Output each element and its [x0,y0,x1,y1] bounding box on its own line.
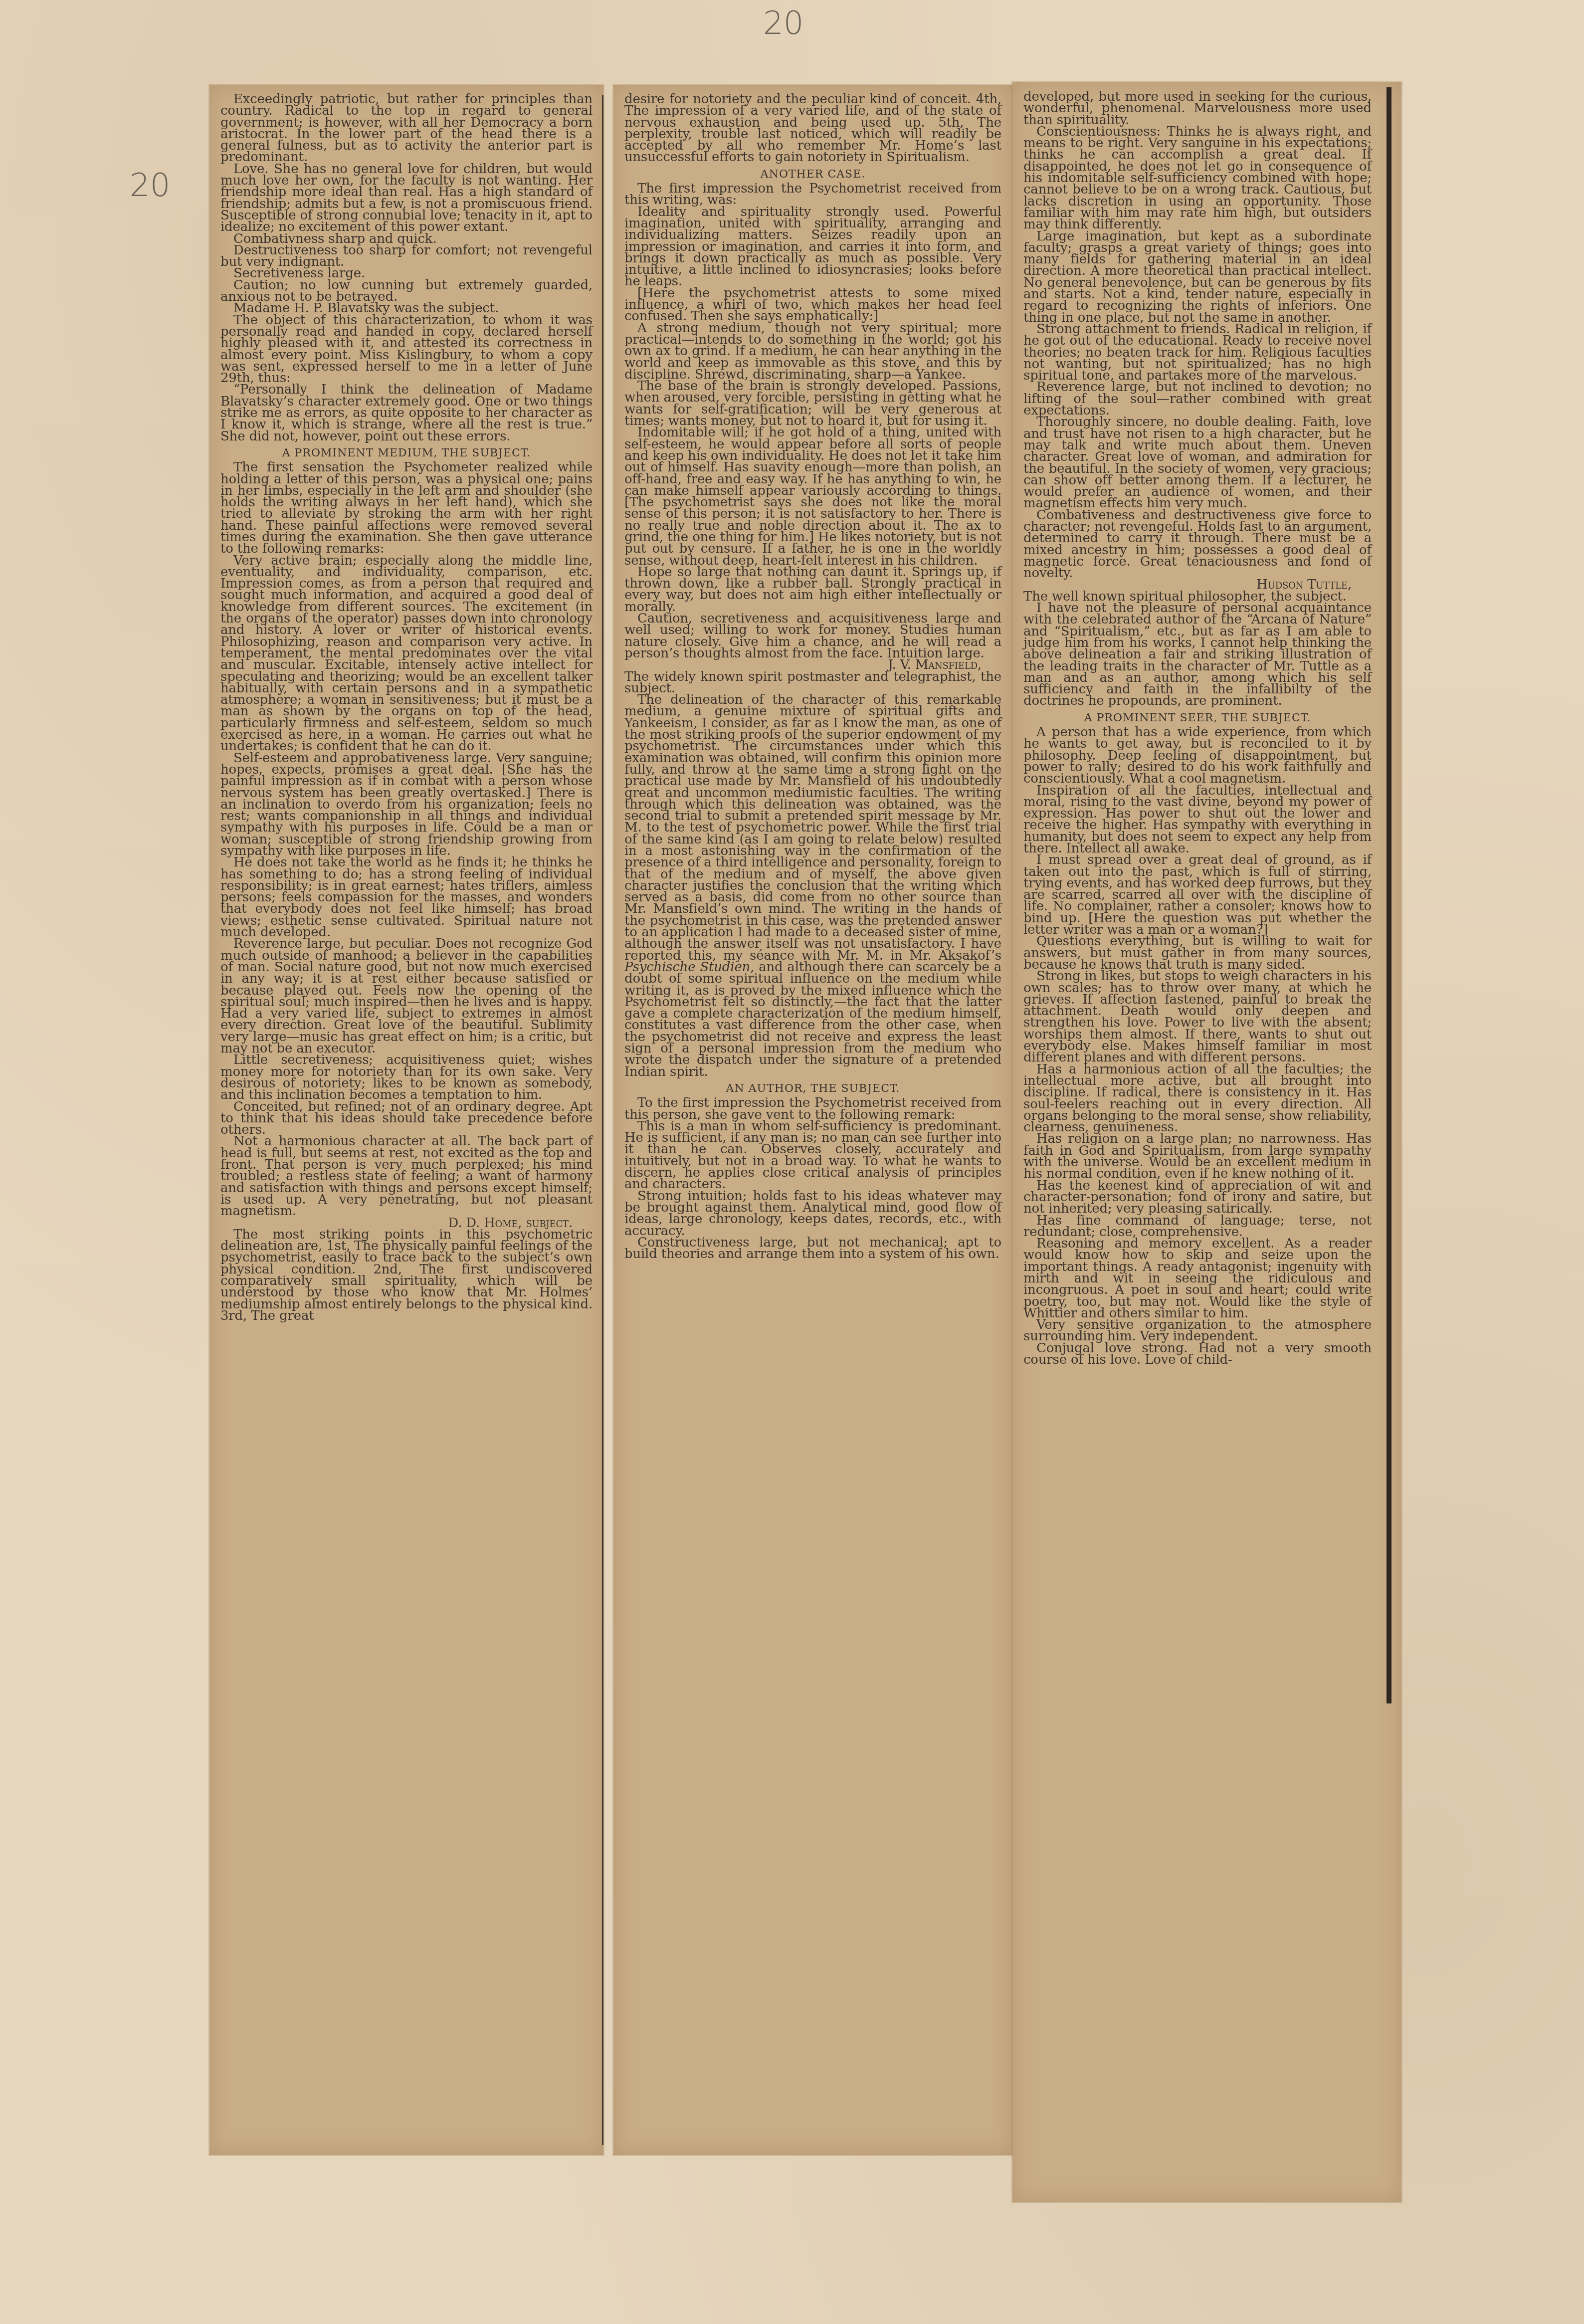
paragraph: Exceedingly patriotic, but rather for pr… [220,94,593,164]
paragraph: The delineation of the character of this… [624,694,1001,1078]
paragraph: Love. She has no general love for childr… [220,164,593,233]
paragraph: The object of this characterization, to … [220,315,593,385]
column-2-text: desire for notoriety and the peculiar ki… [624,94,1001,1260]
paragraph: Not a harmonious character at all. The b… [220,1136,593,1217]
paragraph: He does not take the world as he finds i… [220,857,593,938]
paragraph: Conscientiousness: Thinks he is always r… [1023,126,1372,231]
paragraph: Combativeness and destructiveness give f… [1023,510,1372,580]
paragraph: The base of the brain is strongly develo… [624,381,1001,427]
paragraph: Reverence large, but not inclined to dev… [1023,382,1372,417]
paragraph: Reverence large, but peculiar. Does not … [220,938,593,1055]
column-rule [602,95,603,2145]
paragraph: The first sensation the Psychometer real… [220,462,593,555]
paragraph: Conjugal love strong. Had not a very smo… [1023,1343,1372,1366]
paragraph: developed, but more used in seeking for … [1023,91,1372,126]
paragraph-text: The delineation of the character of this… [624,692,1001,963]
paragraph: Very active brain; especially along the … [220,555,593,753]
paragraph: Has a harmonious action of all the facul… [1023,1064,1372,1134]
paragraph: Hope so large that nothing can daunt it.… [624,567,1001,613]
paragraph: Very sensitive organization to the atmos… [1023,1319,1372,1343]
paragraph: Ideality and spirituality strongly used.… [624,207,1001,288]
paragraph-text: , and although there can scarcely be a d… [624,960,1001,1079]
paragraph: “Personally I think the delineation of M… [220,384,593,442]
paragraph: To the first impression the Psychometris… [624,1097,1001,1121]
column-3-text: developed, but more used in seeking for … [1023,91,1372,1366]
paragraph: Constructiveness large, but not mechanic… [624,1237,1001,1261]
paragraph: Destructiveness too sharp for comfort; n… [220,245,593,268]
paragraph: Has fine command of language; terse, not… [1023,1215,1372,1239]
paragraph: Has the keenest kind of appreciation of … [1023,1180,1372,1215]
section-heading: AN AUTHOR, THE SUBJECT. [624,1083,1001,1094]
paragraph: Strong in likes, but stops to weigh char… [1023,971,1372,1063]
paragraph: Questions everything, but is willing to … [1023,936,1372,971]
paragraph: I must spread over a great deal of groun… [1023,854,1372,936]
page-number-mark-left: 20 [130,167,170,204]
section-heading: A PROMINENT SEER, THE SUBJECT. [1023,712,1372,724]
subject-note: The widely known spirit postmaster and t… [624,671,1001,695]
paragraph: The most striking points in this psychom… [220,1229,593,1322]
newspaper-clipping-column-1: Exceedingly patriotic, but rather for pr… [209,85,603,2155]
paragraph: A strong medium, though not very spiritu… [624,323,1001,381]
paragraph: Indomitable will; if he got hold of a th… [624,427,1001,567]
column-rule [1386,87,1391,1703]
paragraph: The first impression the Psychometrist r… [624,183,1001,207]
paragraph: Caution; no low cunning but extremely gu… [220,280,593,303]
paragraph: This is a man in whom self-sufficiency i… [624,1121,1001,1191]
page-number-mark-top: 20 [763,5,803,42]
paragraph: Has religion on a large plan; no narrown… [1023,1133,1372,1180]
paragraph: Large imagination, but kept as a subordi… [1023,231,1372,324]
paragraph: Little secretiveness; acquisitiveness qu… [220,1055,593,1101]
paragraph: Self-esteem and approbativeness large. V… [220,753,593,857]
paragraph: Caution, secretiveness and acquisitivene… [624,613,1001,659]
paragraph: Inspiration of all the faculties, intell… [1023,785,1372,855]
paragraph: Thoroughly sincere, no double dealing. F… [1023,417,1372,509]
paragraph: desire for notoriety and the peculiar ki… [624,94,1001,164]
paragraph: Strong attachment to friends. Radical in… [1023,324,1372,382]
paragraph: Strong intuition; holds fast to his idea… [624,1191,1001,1237]
paragraph: [Here the psychometrist attests to some … [624,288,1001,323]
paragraph: I have not the pleasure of personal acqu… [1023,603,1372,707]
section-heading: A PROMINENT MEDIUM, THE SUBJECT. [220,447,593,459]
paragraph: A person that has a wide experience, fro… [1023,727,1372,785]
newspaper-clipping-column-2: desire for notoriety and the peculiar ki… [613,85,1012,2155]
paragraph: Conceited, but refined; not of an ordina… [220,1101,593,1136]
column-1-text: Exceedingly patriotic, but rather for pr… [220,94,593,1322]
newspaper-clipping-column-3: developed, but more used in seeking for … [1012,82,1401,2202]
section-heading: ANOTHER CASE. [624,169,1001,180]
paragraph: Reasoning and memory excellent. As a rea… [1023,1238,1372,1319]
